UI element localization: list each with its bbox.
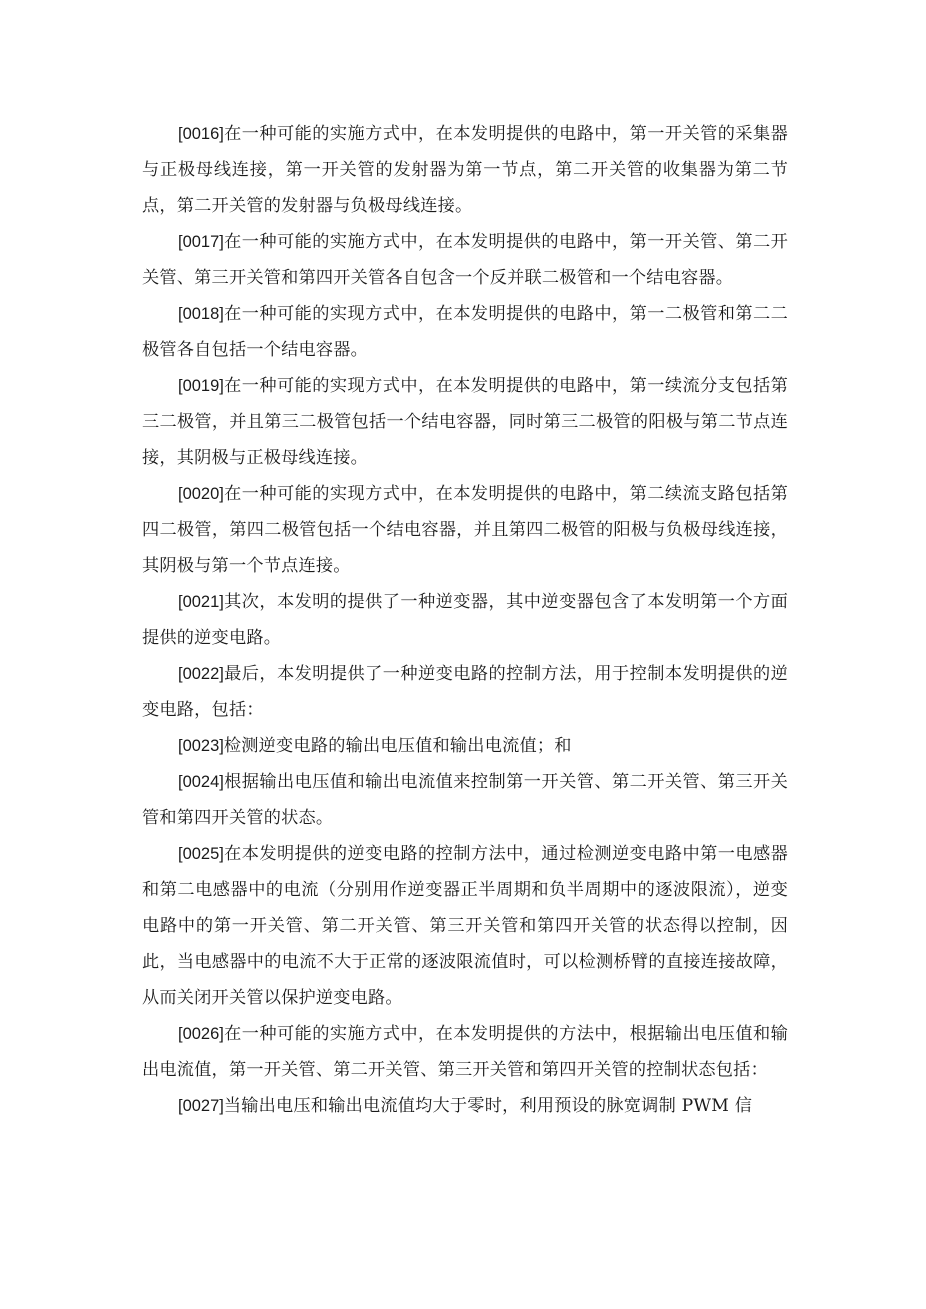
paragraph-number: [0024] xyxy=(178,773,224,791)
paragraph-0024: [0024]根据输出电压值和输出电流值来控制第一开关管、第二开关管、第三开关管和… xyxy=(142,764,788,836)
paragraph-0016: [0016]在一种可能的实施方式中，在本发明提供的电路中，第一开关管的采集器与正… xyxy=(142,116,788,224)
paragraph-0023: [0023]检测逆变电路的输出电压值和输出电流值；和 xyxy=(142,728,788,764)
paragraph-0026: [0026]在一种可能的实施方式中，在本发明提供的方法中，根据输出电压值和输出电… xyxy=(142,1016,788,1088)
paragraph-0021: [0021]其次，本发明的提供了一种逆变器，其中逆变器包含了本发明第一个方面提供… xyxy=(142,584,788,656)
paragraph-text: 在一种可能的实现方式中，在本发明提供的电路中，第一续流分支包括第三二极管，并且第… xyxy=(142,376,788,468)
paragraph-number: [0018] xyxy=(178,305,224,323)
paragraph-text: 在一种可能的实施方式中，在本发明提供的电路中，第一开关管、第二开关管、第三开关管… xyxy=(142,232,788,288)
paragraph-number: [0026] xyxy=(178,1025,224,1043)
paragraph-text: 在一种可能的实施方式中，在本发明提供的方法中，根据输出电压值和输出电流值，第一开… xyxy=(142,1024,788,1080)
paragraph-number: [0020] xyxy=(178,485,224,503)
paragraph-0020: [0020]在一种可能的实现方式中，在本发明提供的电路中，第二续流支路包括第四二… xyxy=(142,476,788,584)
paragraph-number: [0025] xyxy=(178,845,224,863)
paragraph-number: [0023] xyxy=(178,737,224,755)
paragraph-number: [0027] xyxy=(178,1097,224,1115)
paragraph-0019: [0019]在一种可能的实现方式中，在本发明提供的电路中，第一续流分支包括第三二… xyxy=(142,368,788,476)
paragraph-number: [0016] xyxy=(178,125,224,143)
paragraph-0017: [0017]在一种可能的实施方式中，在本发明提供的电路中，第一开关管、第二开关管… xyxy=(142,224,788,296)
paragraph-number: [0019] xyxy=(178,377,224,395)
paragraph-0022: [0022]最后，本发明提供了一种逆变电路的控制方法，用于控制本发明提供的逆变电… xyxy=(142,656,788,728)
paragraph-number: [0017] xyxy=(178,233,224,251)
paragraph-text: 检测逆变电路的输出电压值和输出电流值；和 xyxy=(224,736,572,756)
paragraph-text: 在一种可能的实现方式中，在本发明提供的电路中，第二续流支路包括第四二极管，第四二… xyxy=(142,484,788,576)
paragraph-number: [0021] xyxy=(178,593,224,611)
paragraph-text: 最后，本发明提供了一种逆变电路的控制方法，用于控制本发明提供的逆变电路，包括： xyxy=(142,664,788,720)
paragraph-0025: [0025]在本发明提供的逆变电路的控制方法中，通过检测逆变电路中第一电感器和第… xyxy=(142,836,788,1016)
document-page: [0016]在一种可能的实施方式中，在本发明提供的电路中，第一开关管的采集器与正… xyxy=(142,116,788,1124)
paragraph-text: 在本发明提供的逆变电路的控制方法中，通过检测逆变电路中第一电感器和第二电感器中的… xyxy=(142,844,788,1008)
paragraph-text: 在一种可能的实现方式中，在本发明提供的电路中，第一二极管和第二二极管各自包括一个… xyxy=(142,304,788,360)
paragraph-0027: [0027]当输出电压和输出电流值均大于零时，利用预设的脉宽调制 PWM 信 xyxy=(142,1088,788,1124)
paragraph-text: 其次，本发明的提供了一种逆变器，其中逆变器包含了本发明第一个方面提供的逆变电路。 xyxy=(142,592,788,648)
paragraph-text: 在一种可能的实施方式中，在本发明提供的电路中，第一开关管的采集器与正极母线连接，… xyxy=(142,124,788,216)
paragraph-0018: [0018]在一种可能的实现方式中，在本发明提供的电路中，第一二极管和第二二极管… xyxy=(142,296,788,368)
paragraph-number: [0022] xyxy=(178,665,224,683)
paragraph-text: 根据输出电压值和输出电流值来控制第一开关管、第二开关管、第三开关管和第四开关管的… xyxy=(142,772,788,828)
paragraph-text: 当输出电压和输出电流值均大于零时，利用预设的脉宽调制 PWM 信 xyxy=(224,1096,752,1116)
